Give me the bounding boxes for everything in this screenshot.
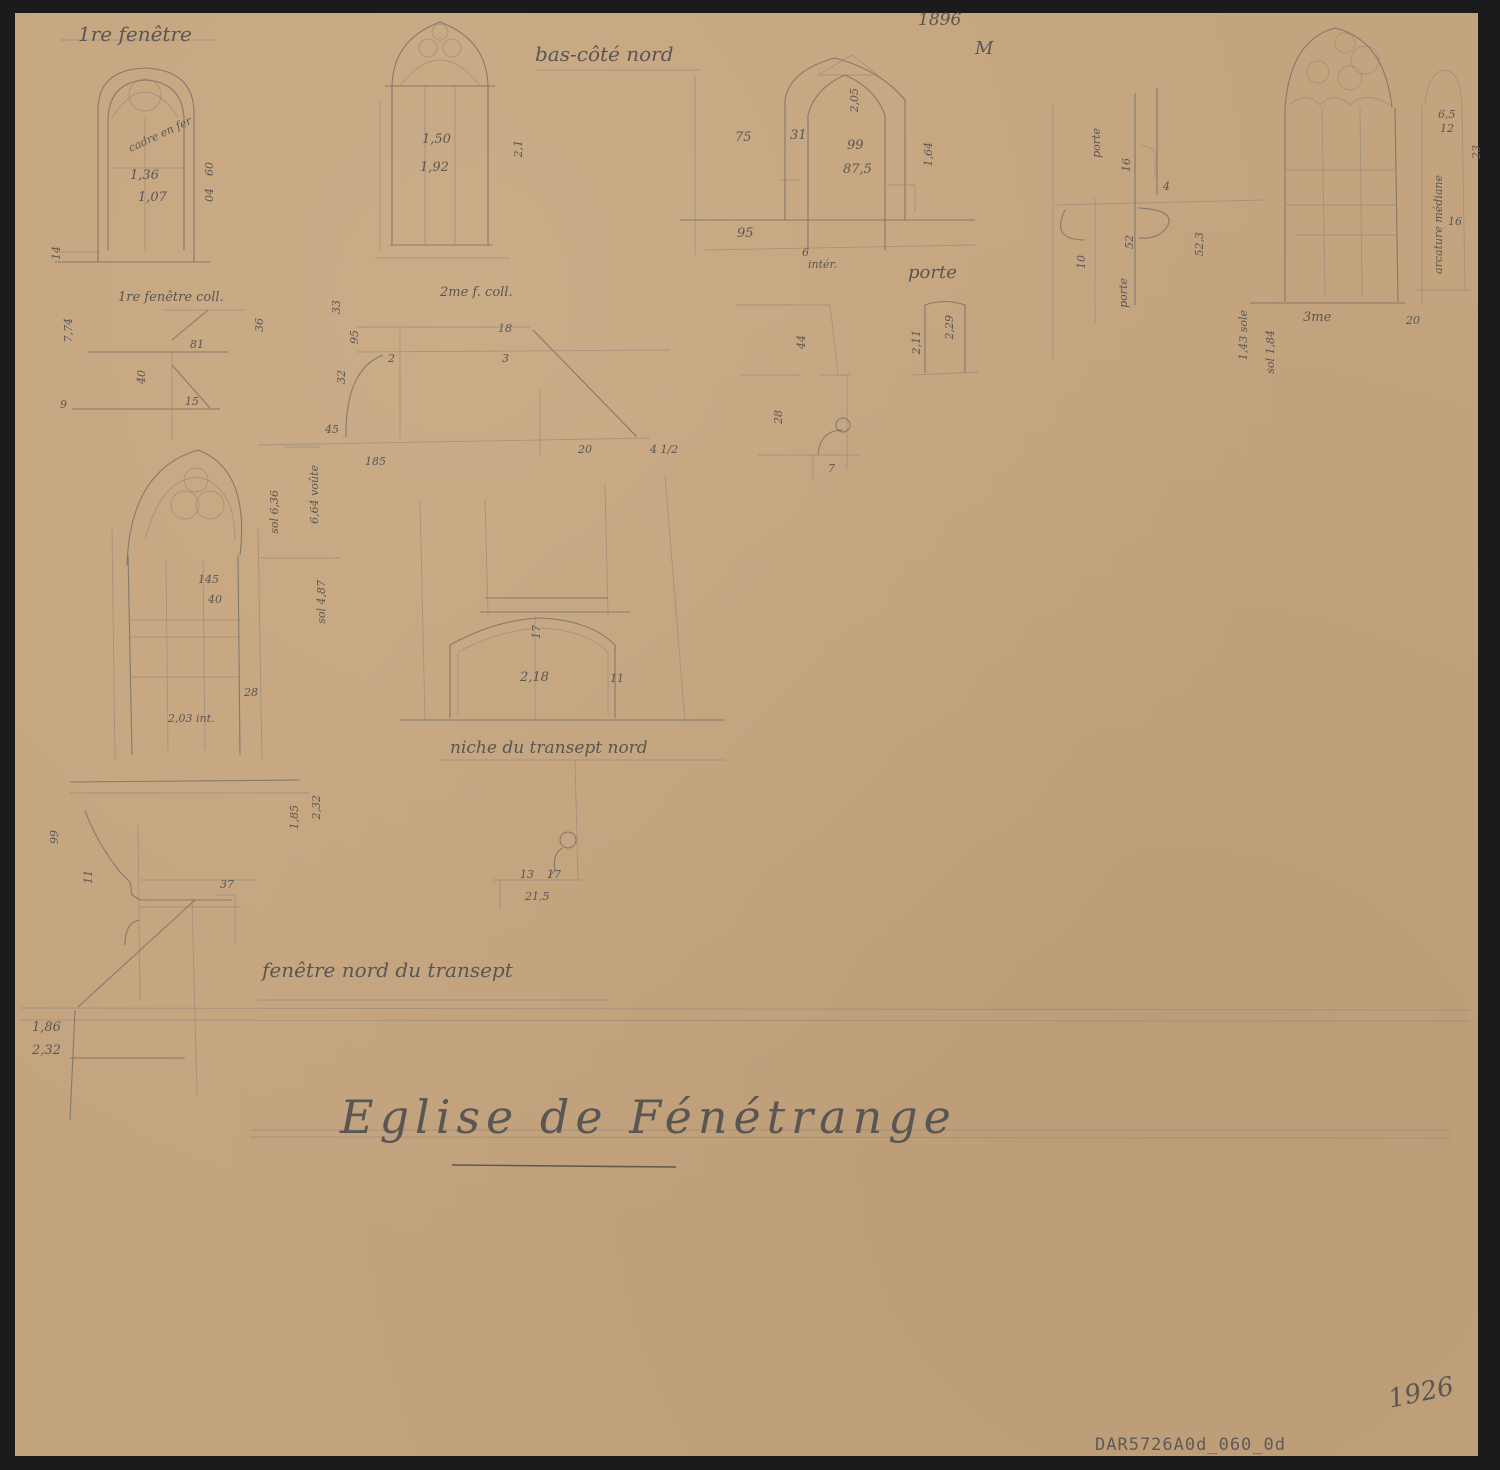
sheet-title: Eglise de Fénétrange [340,1090,957,1144]
dimension-label: 99 [48,830,61,844]
dimension-label: 4 1/2 [650,443,678,456]
dimension-label: 4 [1163,180,1170,193]
dimension-label: 95 [737,226,754,241]
dimension-label: 1,92 [420,160,449,175]
dimension-label: 37 [220,878,234,891]
dimension-label: 40 [135,370,148,384]
dimension-label: 20 [578,443,592,456]
dimension-label: 7 [828,462,835,475]
dimension-label: 11 [82,870,95,884]
dimension-label: sol 6,36 [268,490,281,534]
north-aisle-label: bas-côté nord [535,42,674,66]
dimension-label: 1,43 sole [1237,310,1250,360]
dimension-label: 52,3 [1193,232,1206,257]
dimension-label: 11 [610,672,624,685]
inter-label: intér. [808,258,837,271]
dimension-label: 9 [60,398,67,411]
date-mark: 1896 [918,10,961,30]
dimension-label: 1,36 [130,168,159,183]
dimension-label: 1,50 [422,132,451,147]
transept-window-drawing [70,447,340,793]
dimension-label: 31 [790,128,807,143]
dimension-label: 75 [735,130,752,145]
dimension-label: 13 [520,868,534,881]
dimension-label: sol 1,84 [1264,330,1277,374]
dimension-label: 17 [530,625,543,639]
third-window-label: 3me [1303,310,1331,325]
dimension-label: 95 [348,330,361,344]
dimension-label: 6 [802,246,809,259]
dimension-label: 10 [1075,255,1088,269]
door-label: porte [908,262,957,283]
dimension-label: 14 [50,246,63,260]
dimension-label: 87,5 [843,162,872,177]
dimension-label: 1,86 [32,1020,61,1035]
dimension-label: 12 [1440,122,1454,135]
dimension-label: 81 [190,338,204,351]
dimension-label: 2,1 [512,140,525,158]
dimension-label: 99 [847,138,864,153]
dimension-label: 6,5 [1438,108,1456,121]
dimension-label: sol 4,87 [315,580,328,624]
dimension-label: 7,74 [62,318,75,343]
dimension-label: 2,11 [910,330,923,355]
arcature-label: arcature médiane [1432,175,1445,274]
dimension-label: 2 [388,352,395,365]
dimension-label: 1,07 [138,190,167,205]
initials-mark: M [975,38,993,59]
dimension-label: 2,03 int. [168,712,215,725]
dimension-label: 04 [203,188,216,202]
dimension-label: 1,85 [288,805,301,830]
first-window-drawing [55,68,210,262]
dimension-label: 2,29 [943,315,956,340]
dimension-label: 33 [330,300,343,314]
door-small-label-2: porte [1117,278,1130,308]
dimension-label: 21,5 [525,890,550,903]
niche-drawing [400,475,725,722]
dimension-label: 18 [498,322,512,335]
dimension-label: 23 [1470,145,1483,159]
dimension-label: 1,64 [922,142,935,167]
dimension-label: 3 [502,352,509,365]
dimension-label: 2,05 [848,88,861,113]
pencil-sketches [0,0,1500,1470]
dimension-label: 36 [253,318,266,332]
dimension-label: 2,32 [32,1043,61,1058]
base-line [20,1008,1470,1010]
second-window-coll-label: 2me f. coll. [440,285,513,300]
base-line-2 [20,1020,1470,1021]
dimension-label: 44 [795,335,808,349]
dimension-label: 15 [185,395,199,408]
dimension-label: 17 [547,868,561,881]
door-small-label-1: porte [1090,128,1103,158]
dimension-label: 40 [208,593,222,606]
dimension-label: 28 [772,410,785,424]
niche-base-profile [492,760,582,910]
first-window-coll-profile [72,310,245,440]
dimension-label: 60 [203,162,216,176]
transept-base-profile [78,810,255,1095]
dimension-label: 52 [1123,235,1136,249]
dimension-label: 16 [1448,215,1462,228]
dimension-label: 6,64 voûte [308,465,321,524]
dimension-label: 45 [325,423,339,436]
dimension-label: 32 [335,370,348,384]
dimension-label: 16 [1120,158,1133,172]
dimension-label: 20 [1406,314,1420,327]
first-window-label: 1re fenêtre [78,22,192,46]
door-moulding-profile [735,302,978,481]
dimension-label: 2,32 [310,795,323,820]
dimension-label: 2,18 [520,670,549,685]
transept-window-label: fenêtre nord du transept [262,958,513,982]
dimension-label: 28 [244,686,258,699]
dimension-label: 145 [198,573,219,586]
archive-reference: DAR5726A0d_060_0d [1095,1435,1286,1455]
niche-label: niche du transept nord [450,738,648,758]
dimension-label: 185 [365,455,386,468]
first-window-coll-label: 1re fenêtre coll. [118,290,224,305]
door-profile-drawing [1053,88,1265,360]
second-window-coll-profile [258,327,670,455]
